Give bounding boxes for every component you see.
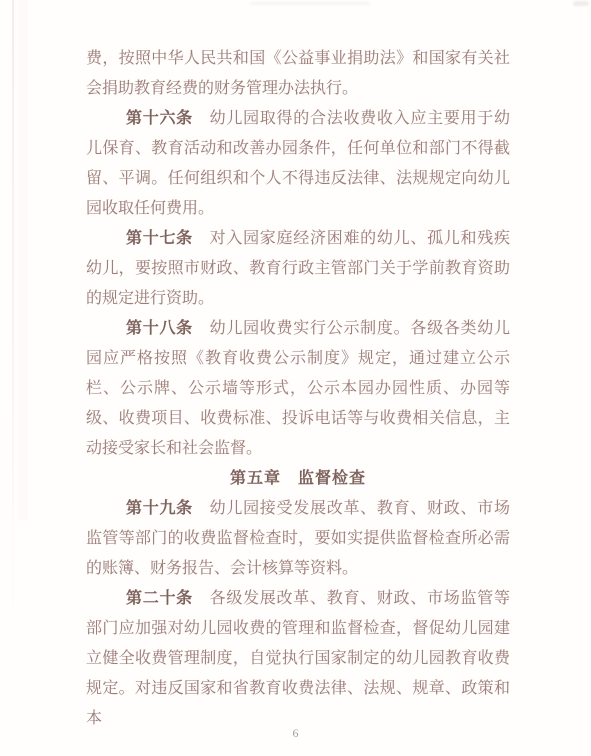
article-text: 幼儿园收费实行公示制度。各级各类幼儿园应严格按照《教育收费公示制度》规定，通过建…: [86, 320, 510, 457]
article-number: 第十九条: [126, 500, 193, 517]
article-number: 第十七条: [126, 230, 193, 247]
chapter-heading: 第五章 监督检查: [86, 464, 510, 494]
article-number: 第十六条: [126, 110, 193, 127]
page-number: 6: [0, 725, 591, 741]
article-number: 第二十条: [126, 590, 193, 607]
scan-left-edge-artifact: [12, 0, 14, 640]
article-number: 第十八条: [126, 320, 193, 337]
article-paragraph: 第十八条 幼儿园收费实行公示制度。各级各类幼儿园应严格按照《教育收费公示制度》规…: [86, 314, 510, 464]
article-paragraph: 第十九条 幼儿园接受发展改革、教育、财政、市场监管等部门的收费监督检查时，要如实…: [86, 494, 510, 584]
article-paragraph: 第二十条 各级发展改革、教育、财政、市场监管等部门应加强对幼儿园收费的管理和监督…: [86, 584, 510, 734]
scan-top-smear-artifact: [250, 2, 370, 5]
article-paragraph: 第十六条 幼儿园取得的合法收费收入应主要用于幼儿保育、教育活动和改善办园条件，任…: [86, 104, 510, 224]
article-paragraph: 第十七条 对入园家庭经济困难的幼儿、孤儿和残疾幼儿，要按照市财政、教育行政主管部…: [86, 224, 510, 314]
document-body: 费，按照中华人民共和国《公益事业捐助法》和国家有关社会捐助教育经费的财务管理办法…: [86, 44, 510, 734]
scan-corner-artifact: [573, 1, 589, 6]
article-text: 各级发展改革、教育、财政、市场监管等部门应加强对幼儿园收费的管理和监督检查，督促…: [86, 590, 510, 727]
scanned-document-page: 费，按照中华人民共和国《公益事业捐助法》和国家有关社会捐助教育经费的财务管理办法…: [0, 0, 591, 756]
continuation-paragraph: 费，按照中华人民共和国《公益事业捐助法》和国家有关社会捐助教育经费的财务管理办法…: [86, 44, 510, 104]
scan-left-band-artifact: [18, 0, 28, 520]
